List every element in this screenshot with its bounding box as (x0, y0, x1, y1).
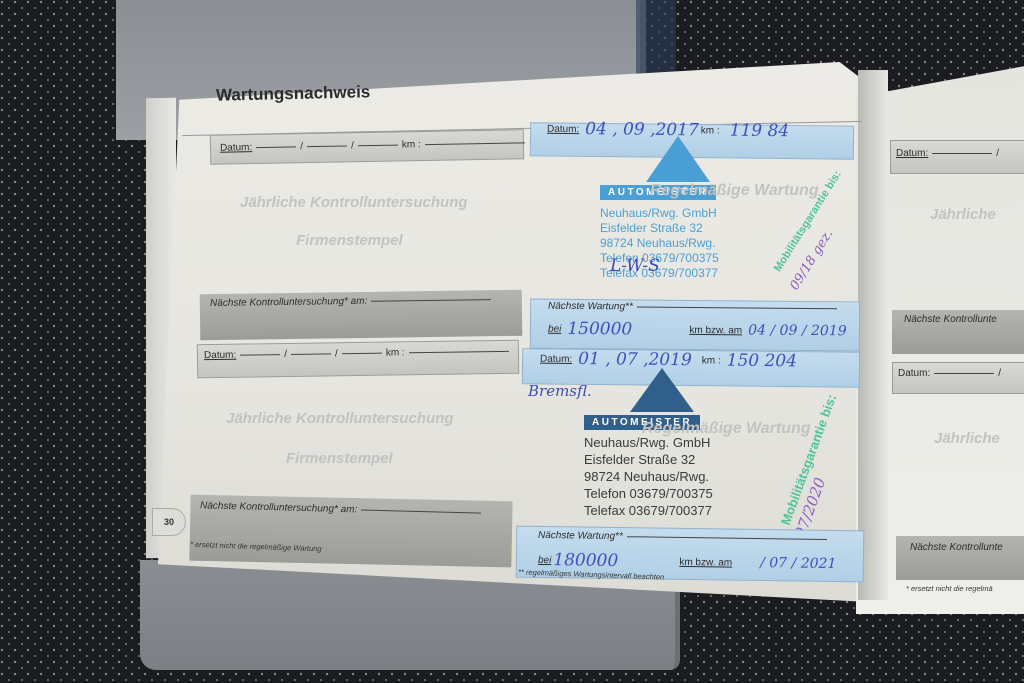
page-number: 30 (152, 508, 186, 536)
regular-service-heading: Regelmäßige Wartung (650, 182, 819, 200)
km-label: km : (402, 139, 421, 150)
company-stamp-heading: Firmenstempel (286, 450, 393, 467)
slash: / (996, 148, 999, 159)
right-annual-check-heading: Jährliche (930, 206, 996, 223)
datum-label: Datum: (220, 142, 252, 154)
next-check-label: Nächste Kontrollunte (904, 314, 997, 325)
entry-1-next-km: 150000 (567, 319, 677, 340)
stamp-phone: Telefon 03679/700375 (584, 485, 713, 502)
slash: / (351, 140, 354, 151)
next-check-label: Nächste Kontrolluntersuchung* am: (210, 296, 367, 309)
entry-2-month: 07 (616, 349, 638, 369)
datum-label: Datum: (547, 123, 579, 134)
km-label: km : (702, 355, 721, 366)
annual-check-heading: Jährliche Kontrolluntersuchung (226, 410, 454, 427)
next-check-label: Nächste Kontrollunte (910, 542, 1003, 553)
bei-label: bei (538, 554, 552, 565)
slash: / (300, 141, 303, 152)
stamp-address-2: Neuhaus/Rwg. GmbH Eisfelder Straße 32 98… (584, 430, 713, 519)
km-bzw-am-label: km bzw. am (679, 556, 732, 568)
right-page-date-row-2: Datum: / (898, 368, 1001, 379)
right-next-check-row-2: Nächste Kontrollunte (910, 542, 1003, 553)
entry-1-km: 119 84 (730, 121, 790, 142)
datum-label: Datum: (204, 350, 236, 361)
stamp-street: Eisfelder Straße 32 (584, 451, 713, 468)
entry-2-km: 150 204 (727, 351, 798, 372)
next-service-label: Nächste Wartung** (548, 301, 633, 313)
automeister-logo-icon (630, 368, 694, 412)
company-stamp-heading: Firmenstempel (296, 232, 403, 249)
stamp-company: Neuhaus/Rwg. GmbH (584, 434, 713, 451)
slash: / (335, 348, 338, 359)
datum-label: Datum: (896, 148, 928, 159)
entry-2-day: 01 (578, 349, 600, 369)
entry-1-signature: L-W-S (610, 256, 660, 276)
page-title: Wartungsnachweis (216, 82, 371, 105)
bei-label: bei (548, 323, 561, 334)
km-label: km : (386, 347, 405, 358)
annual-check-heading: Jährliche Kontrolluntersuchung (240, 194, 468, 211)
automeister-logo-icon (646, 136, 710, 182)
entry-1-next-date: 04 / 09 / 2019 (748, 322, 847, 339)
stamp-fax: Telefax 03679/700377 (584, 502, 713, 519)
right-annual-check-heading: Jährliche (934, 430, 1000, 447)
book-gutter (858, 70, 888, 600)
slash: / (998, 368, 1001, 379)
stamp-city: 98724 Neuhaus/Rwg. (600, 236, 719, 251)
km-label: km : (701, 125, 720, 136)
stamp-city: 98724 Neuhaus/Rwg. (584, 468, 713, 485)
entry-2-note: Bremsfl. (528, 382, 592, 400)
next-service-km-row-1: bei 150000 km bzw. am 04 / 09 / 2019 (548, 319, 847, 342)
right-footnote: * ersetzt nicht die regelmä (906, 584, 993, 593)
slash: / (284, 349, 287, 360)
stamp-company: Neuhaus/Rwg. GmbH (600, 206, 719, 221)
right-next-check-row-1: Nächste Kontrollunte (904, 314, 997, 325)
datum-label: Datum: (898, 368, 930, 379)
stamp-street: Eisfelder Straße 32 (600, 221, 719, 236)
right-page-date-row-1: Datum: / (896, 148, 999, 159)
km-bzw-am-label: km bzw. am (689, 324, 742, 335)
datum-label: Datum: (540, 353, 572, 364)
next-service-label: Nächste Wartung** (538, 530, 623, 542)
entry-2-next-date: / 07 / 2021 (760, 555, 836, 572)
